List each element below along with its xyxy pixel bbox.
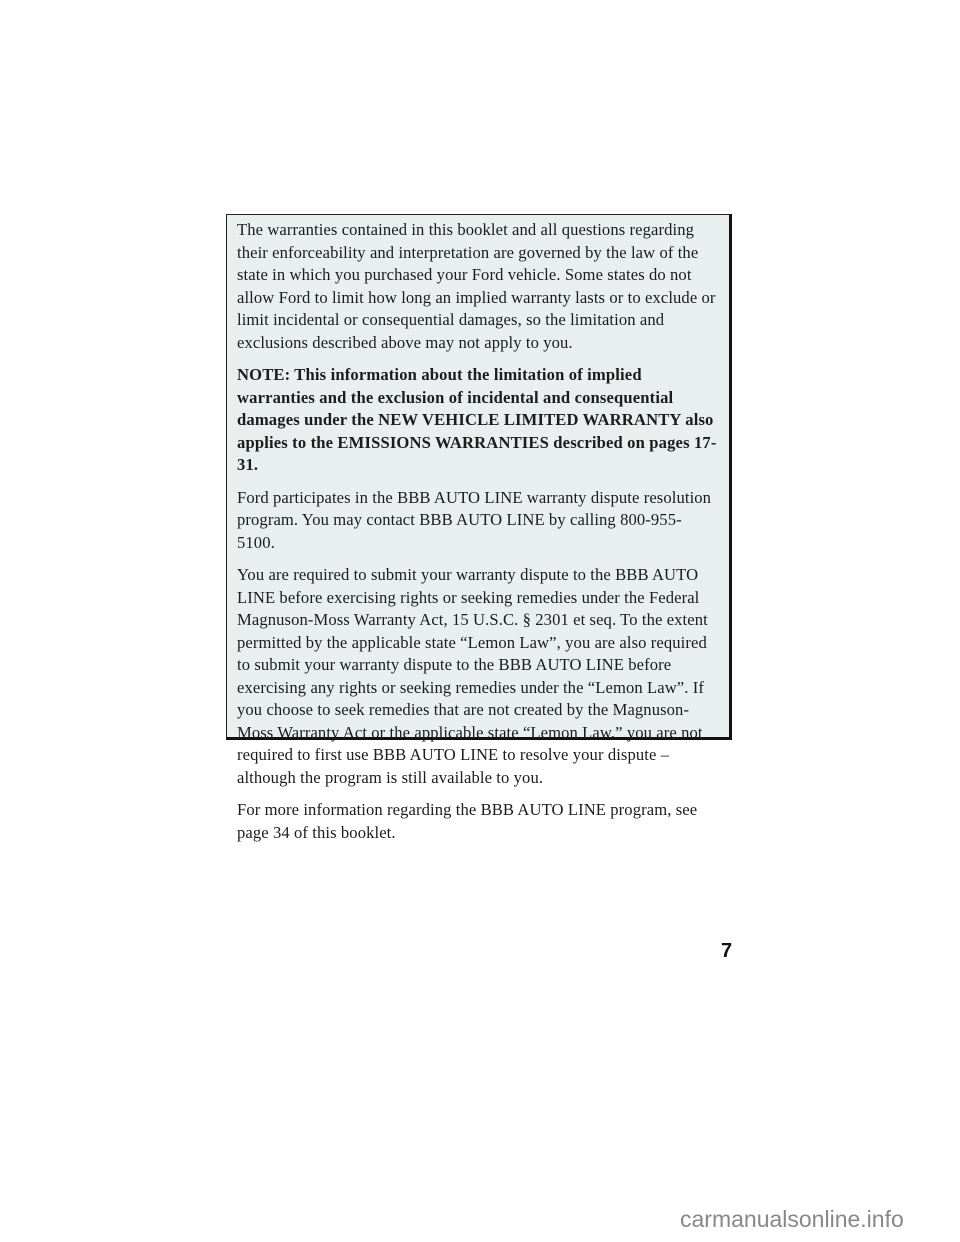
- manual-page: The warranties contained in this booklet…: [0, 0, 960, 1242]
- note-paragraph: NOTE: This information about the limitat…: [237, 364, 717, 477]
- bbb-participation-paragraph: Ford participates in the BBB AUTO LINE w…: [237, 487, 717, 555]
- watermark: carmanualsonline.info: [680, 1206, 904, 1233]
- more-information-paragraph: For more information regarding the BBB A…: [237, 799, 717, 844]
- warranty-notice-box: The warranties contained in this booklet…: [226, 214, 732, 740]
- governing-law-paragraph: The warranties contained in this booklet…: [237, 219, 717, 354]
- page-number: 7: [721, 940, 732, 963]
- dispute-requirement-paragraph: You are required to submit your warranty…: [237, 564, 717, 789]
